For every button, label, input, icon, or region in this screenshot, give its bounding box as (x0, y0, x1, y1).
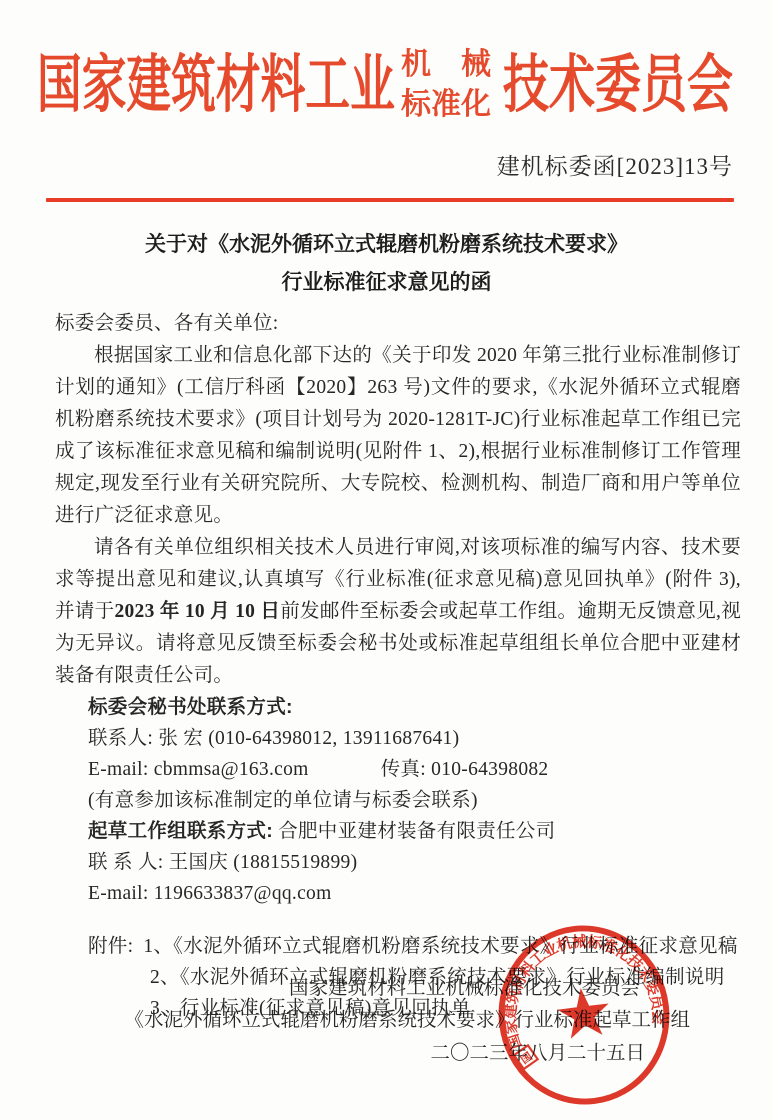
red-divider-rule (46, 198, 734, 202)
salutation: 标委会委员、各有关单位: (55, 308, 741, 340)
document-number: 建机标委函[2023]13号 (0, 154, 773, 180)
secretariat-email-fax: E-mail: cbmmsa@163.com传真: 010-64398082 (88, 754, 741, 785)
signature-organization: 国家建筑材料工业机械标准化技术委员会 (289, 972, 640, 1000)
letterhead: 国家建筑材料工业 机 械 标准化 技术委员会 (0, 44, 773, 126)
secretariat-fax: 010-64398082 (431, 759, 548, 780)
document-title-line1: 关于对《水泥外循环立式辊磨机粉磨系统技术要求》 (0, 226, 773, 264)
secretariat-contact-person: 联系人: 张 宏 (010-64398012, 13911687641) (88, 723, 741, 754)
letterhead-stack-bottom: 标准化 (401, 85, 497, 125)
document-body: 标委会委员、各有关单位: 根据国家工业和信息化部下达的《关于印发 2020 年第… (55, 308, 741, 1024)
drafting-group-company: 合肥中亚建材装备有限责任公司 (278, 821, 555, 842)
signature-drafting-group: 《水泥外循环立式辊磨机粉磨系统技术要求》行业标准起草工作组 (124, 1004, 690, 1032)
secretariat-note: (有意参加该标准制定的单位请与标委会联系) (88, 785, 741, 816)
document-title-line2: 行业标准征求意见的函 (0, 264, 773, 302)
letterhead-org-stack: 机 械 标准化 (401, 45, 497, 125)
paragraph-1: 根据国家工业和信息化部下达的《关于印发 2020 年第三批行业标准制修订计划的通… (55, 340, 741, 532)
drafting-group-email: E-mail: 1196633837@qq.com (88, 878, 741, 909)
letterhead-org-right: 技术委员会 (503, 44, 736, 126)
secretariat-email: cbmmsa@163.com (154, 759, 309, 780)
document-page: 国家建筑材料工业 机 械 标准化 技术委员会 建机标委函[2023]13号 关于… (0, 0, 773, 1120)
drafting-group-heading: 起草工作组联系方式: 合肥中亚建材装备有限责任公司 (88, 816, 741, 847)
drafting-group-person: 联 系 人: 王国庆 (18815519899) (88, 847, 741, 878)
document-title: 关于对《水泥外循环立式辊磨机粉磨系统技术要求》 行业标准征求意见的函 (0, 226, 773, 302)
letterhead-stack-top: 机 械 (401, 45, 497, 85)
signature-date: 二〇二三年八月二十五日 (430, 1037, 645, 1065)
letterhead-org-left: 国家建筑材料工业 (37, 44, 399, 126)
attachment-item-1: 附件:1、《水泥外循环立式辊磨机粉磨系统技术要求》行业标准征求意见稿 (88, 931, 741, 962)
deadline-date: 2023 年 10 月 10 日 (114, 601, 280, 622)
paragraph-2: 请各有关单位组织相关技术人员进行审阅,对该项标准的编写内容、技术要求等提出意见和… (55, 532, 741, 692)
contact-section: 标委会秘书处联系方式: 联系人: 张 宏 (010-64398012, 1391… (55, 692, 741, 909)
secretariat-contact-heading: 标委会秘书处联系方式: (88, 692, 741, 723)
